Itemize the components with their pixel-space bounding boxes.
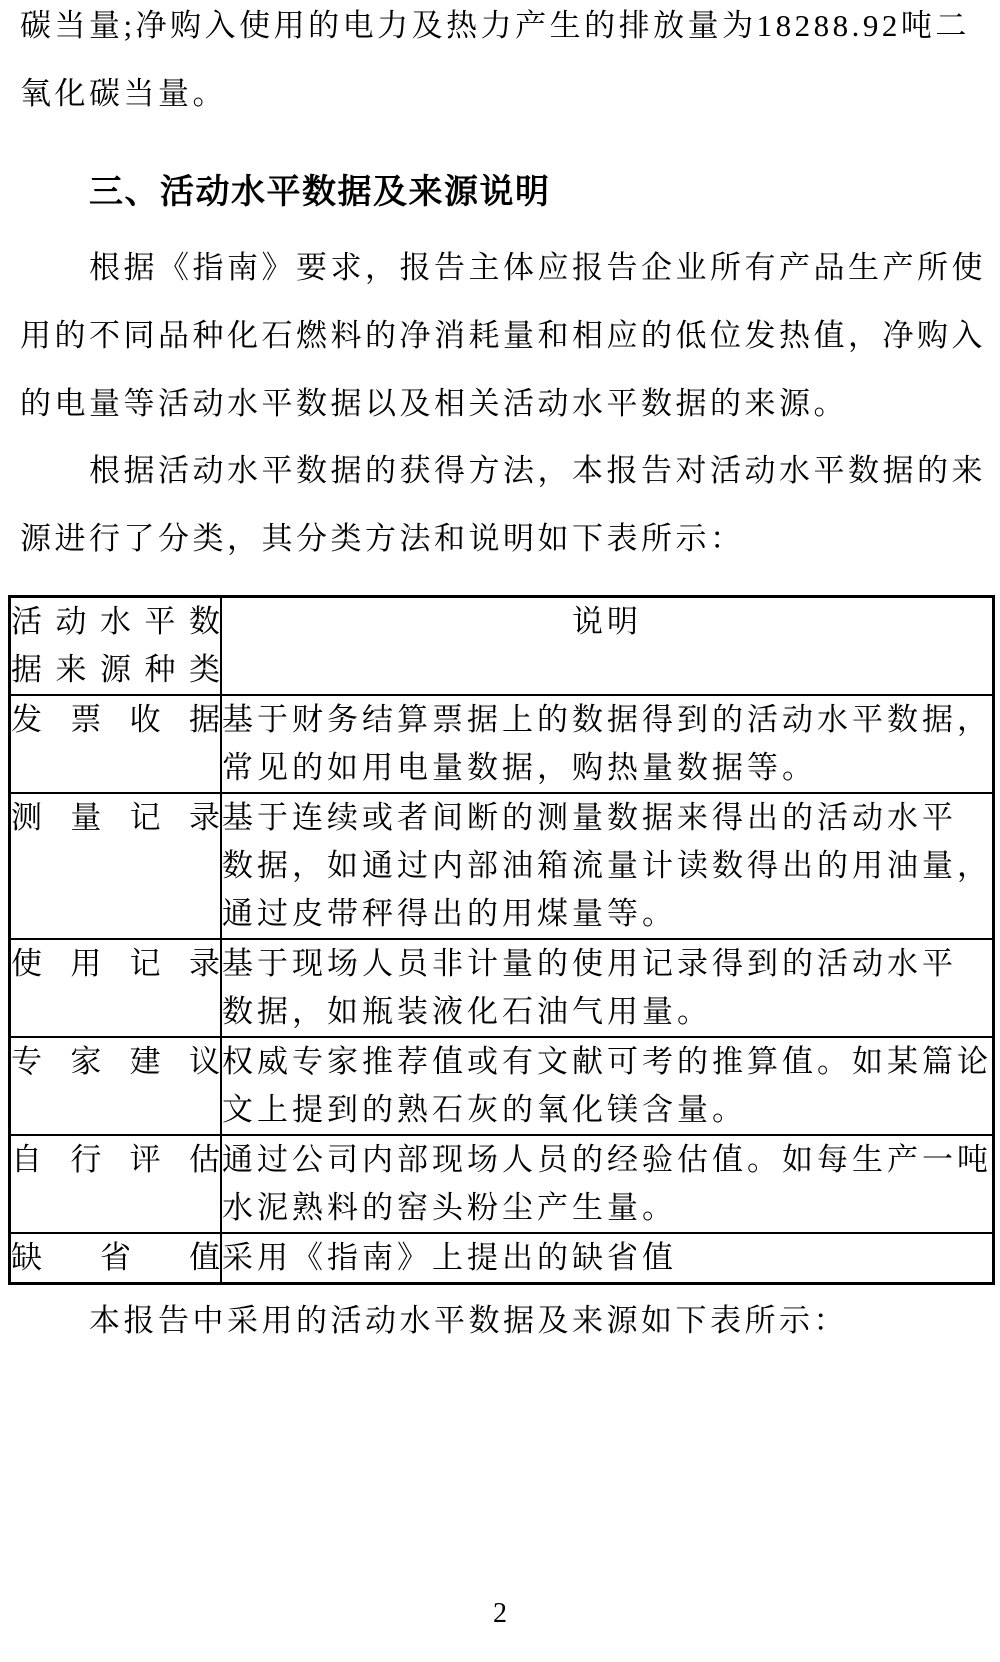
table-row: 使用记录 基于现场人员非计量的使用记录得到的活动水平 数据，如瓶装液化石油气用量… — [10, 939, 994, 1037]
row-description-line: 基于连续或者间断的测量数据来得出的活动水平 — [222, 794, 992, 842]
row-description-line: 数据，如通过内部油箱流量计读数得出的用油量， — [222, 842, 992, 890]
row-description-line: 数据，如瓶装液化石油气用量。 — [222, 988, 992, 1036]
row-description-line: 通过皮带秤得出的用煤量等。 — [222, 890, 992, 938]
row-description-line: 采用《指南》上提出的缺省值 — [222, 1234, 992, 1282]
table-row: 测量记录 基于连续或者间断的测量数据来得出的活动水平 数据，如通过内部油箱流量计… — [10, 793, 994, 939]
data-source-table: 活动水平数 据来源种类 说明 发票收据 基于财务结算票据上的数据得到的活动水平数… — [8, 595, 995, 1285]
table-row: 专家建议 权威专家推荐值或有文献可考的推算值。如某篇论 文上提到的熟石灰的氧化镁… — [10, 1037, 994, 1135]
table-row: 发票收据 基于财务结算票据上的数据得到的活动水平数据， 常见的如用电量数据，购热… — [10, 695, 994, 793]
document-page: 碳当量;净购入使用的电力及热力产生的排放量为18288.92吨二 氧化碳当量。 … — [0, 0, 1000, 1662]
row-description-cell: 采用《指南》上提出的缺省值 — [221, 1233, 994, 1284]
row-description-line: 通过公司内部现场人员的经验估值。如每生产一吨 — [222, 1136, 992, 1184]
row-label: 测量记录 — [11, 794, 220, 842]
row-label-cell: 专家建议 — [10, 1037, 222, 1135]
row-label-cell: 自行评估 — [10, 1135, 222, 1233]
row-description-line: 基于现场人员非计量的使用记录得到的活动水平 — [222, 940, 992, 988]
row-label: 使用记录 — [11, 940, 220, 988]
row-label: 专家建议 — [11, 1038, 220, 1086]
row-description-cell: 基于连续或者间断的测量数据来得出的活动水平 数据，如通过内部油箱流量计读数得出的… — [221, 793, 994, 939]
row-description-line: 常见的如用电量数据，购热量数据等。 — [222, 744, 992, 792]
table-row: 自行评估 通过公司内部现场人员的经验估值。如每生产一吨 水泥熟料的窑头粉尘产生量… — [10, 1135, 994, 1233]
header-source-type-line-1: 活动水平数 — [11, 598, 220, 646]
row-label-cell: 缺省值 — [10, 1233, 222, 1284]
row-description-cell: 通过公司内部现场人员的经验估值。如每生产一吨 水泥熟料的窑头粉尘产生量。 — [221, 1135, 994, 1233]
row-description-line: 水泥熟料的窑头粉尘产生量。 — [222, 1184, 992, 1232]
paragraph1-line-3: 的电量等活动水平数据以及相关活动水平数据的来源。 — [20, 386, 848, 422]
paragraph2-line-2: 源进行了分类，其分类方法和说明如下表所示： — [20, 521, 745, 557]
row-description-line: 文上提到的熟石灰的氧化镁含量。 — [222, 1086, 992, 1134]
intro-line-2: 氧化碳当量。 — [20, 76, 227, 112]
row-label: 发票收据 — [11, 696, 220, 744]
row-label-cell: 使用记录 — [10, 939, 222, 1037]
row-description-line: 权威专家推荐值或有文献可考的推算值。如某篇论 — [222, 1038, 992, 1086]
header-source-type-cell: 活动水平数 据来源种类 — [10, 597, 222, 696]
intro-line-1: 碳当量;净购入使用的电力及热力产生的排放量为18288.92吨二 — [20, 8, 970, 44]
row-description-line: 基于财务结算票据上的数据得到的活动水平数据， — [222, 696, 992, 744]
paragraph1-line-1: 根据《指南》要求，报告主体应报告企业所有产品生产所使 — [89, 250, 986, 286]
header-description-cell: 说明 — [221, 597, 994, 696]
header-source-type-line-2: 据来源种类 — [11, 646, 220, 694]
row-description-cell: 基于现场人员非计量的使用记录得到的活动水平 数据，如瓶装液化石油气用量。 — [221, 939, 994, 1037]
table-row: 缺省值 采用《指南》上提出的缺省值 — [10, 1233, 994, 1284]
table-header-row: 活动水平数 据来源种类 说明 — [10, 597, 994, 696]
row-label-cell: 发票收据 — [10, 695, 222, 793]
row-label: 自行评估 — [11, 1136, 220, 1184]
closing-line: 本报告中采用的活动水平数据及来源如下表所示： — [89, 1303, 848, 1339]
row-description-cell: 权威专家推荐值或有文献可考的推算值。如某篇论 文上提到的熟石灰的氧化镁含量。 — [221, 1037, 994, 1135]
paragraph2-line-1: 根据活动水平数据的获得方法，本报告对活动水平数据的来 — [89, 453, 986, 489]
page-number: 2 — [0, 1598, 1000, 1630]
row-label-cell: 测量记录 — [10, 793, 222, 939]
section-heading: 三、活动水平数据及来源说明 — [89, 172, 551, 212]
row-label: 缺省值 — [11, 1234, 220, 1282]
paragraph1-line-2: 用的不同品种化石燃料的净消耗量和相应的低位发热值，净购入 — [20, 318, 986, 354]
row-description-cell: 基于财务结算票据上的数据得到的活动水平数据， 常见的如用电量数据，购热量数据等。 — [221, 695, 994, 793]
